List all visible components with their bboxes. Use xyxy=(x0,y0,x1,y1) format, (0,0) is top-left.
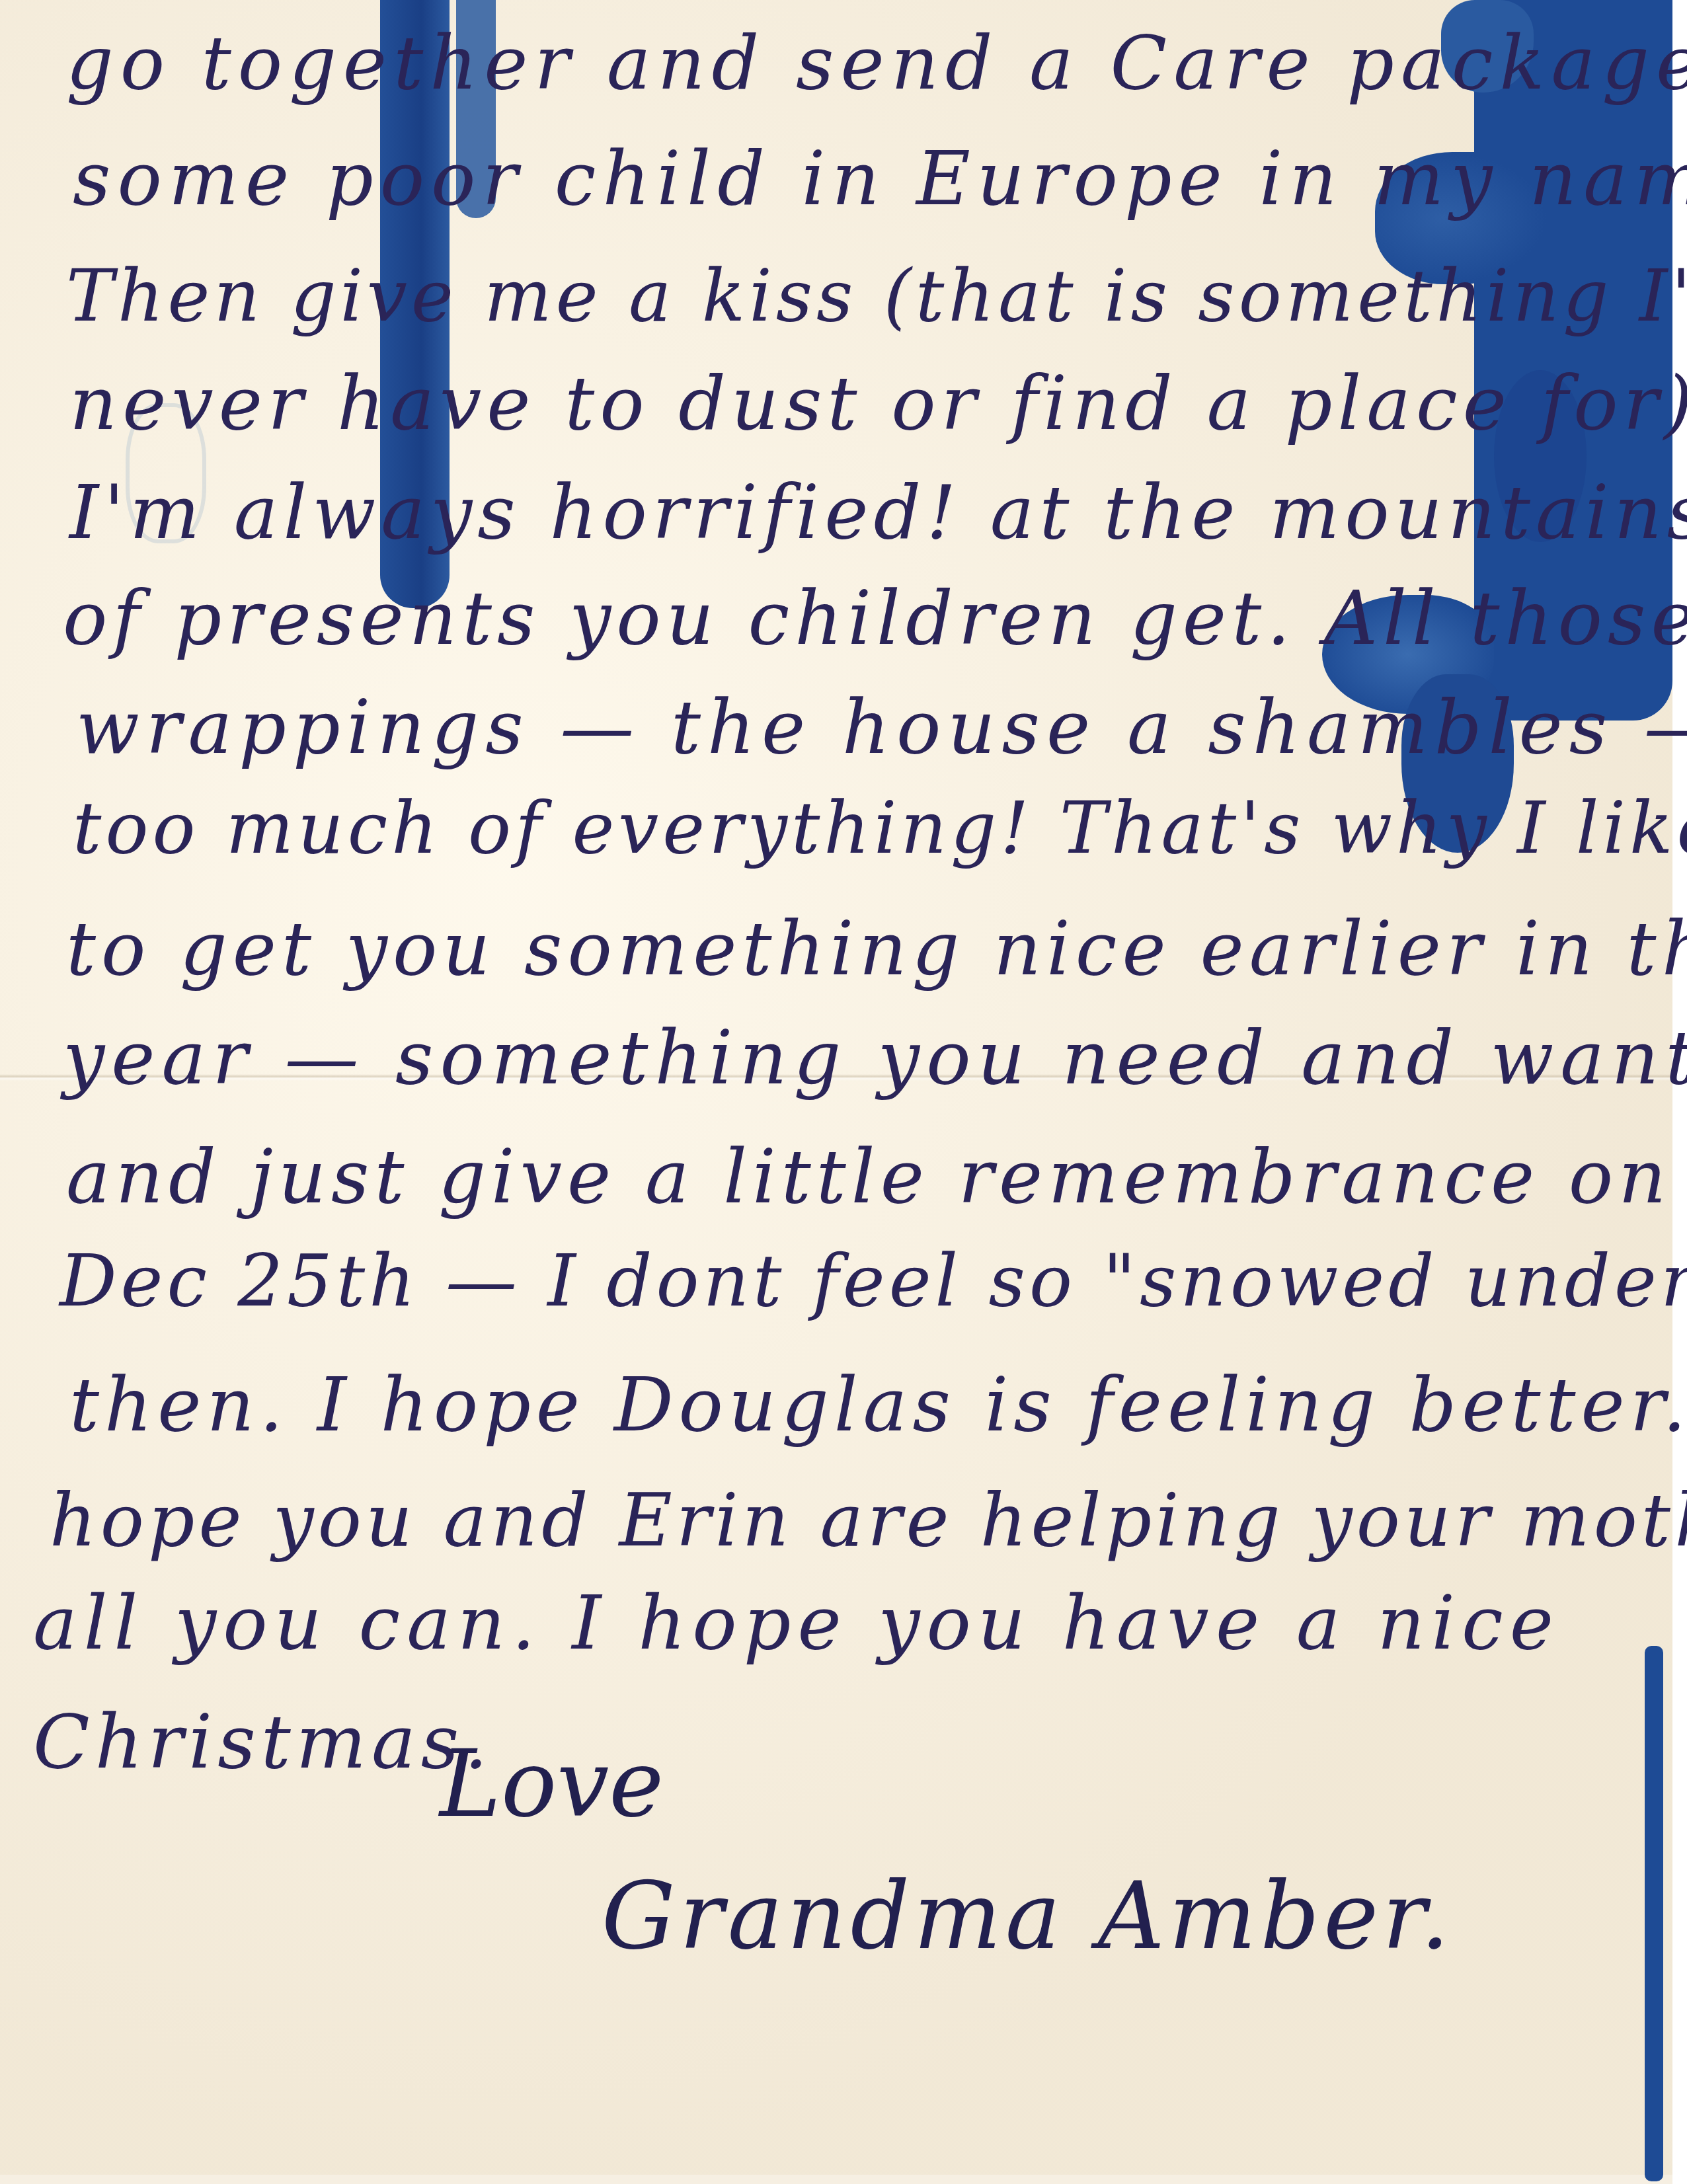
letter-line: go together and send a Care package to xyxy=(66,26,1687,100)
letter-line: year — something you need and want, xyxy=(63,1021,1687,1095)
letter-line: and just give a little remembrance on xyxy=(66,1140,1671,1214)
letter-line: to get you something nice earlier in the xyxy=(66,912,1687,986)
letter-line: never have to dust or find a place for) xyxy=(69,367,1687,441)
letter-line: Dec 25th — I dont feel so "snowed under" xyxy=(59,1246,1687,1317)
letter-line: Christmas. xyxy=(33,1705,493,1779)
letter-line: then. I hope Douglas is feeling better. … xyxy=(69,1368,1687,1442)
letter-line: all you can. I hope you have a nice xyxy=(33,1586,1560,1660)
letter-line: hope you and Erin are helping your mothe… xyxy=(50,1484,1687,1557)
letter-line: some poor child in Europe in my name. xyxy=(73,142,1687,216)
letter-closing: Love xyxy=(440,1738,664,1831)
letter-line: of presents you children get. All those xyxy=(63,582,1687,656)
letter-signature: Grandma Amber. xyxy=(602,1871,1454,1963)
letter-line: too much of everything! That's why I lik… xyxy=(73,793,1687,865)
letter-body: go together and send a Care package to s… xyxy=(0,0,1687,2184)
letter-line: Then give me a kiss (that is something I… xyxy=(66,261,1687,332)
letter-line: I'm always horrified! at the mountains xyxy=(69,476,1687,550)
letter-line: wrappings — the house a shambles — xyxy=(76,691,1687,765)
